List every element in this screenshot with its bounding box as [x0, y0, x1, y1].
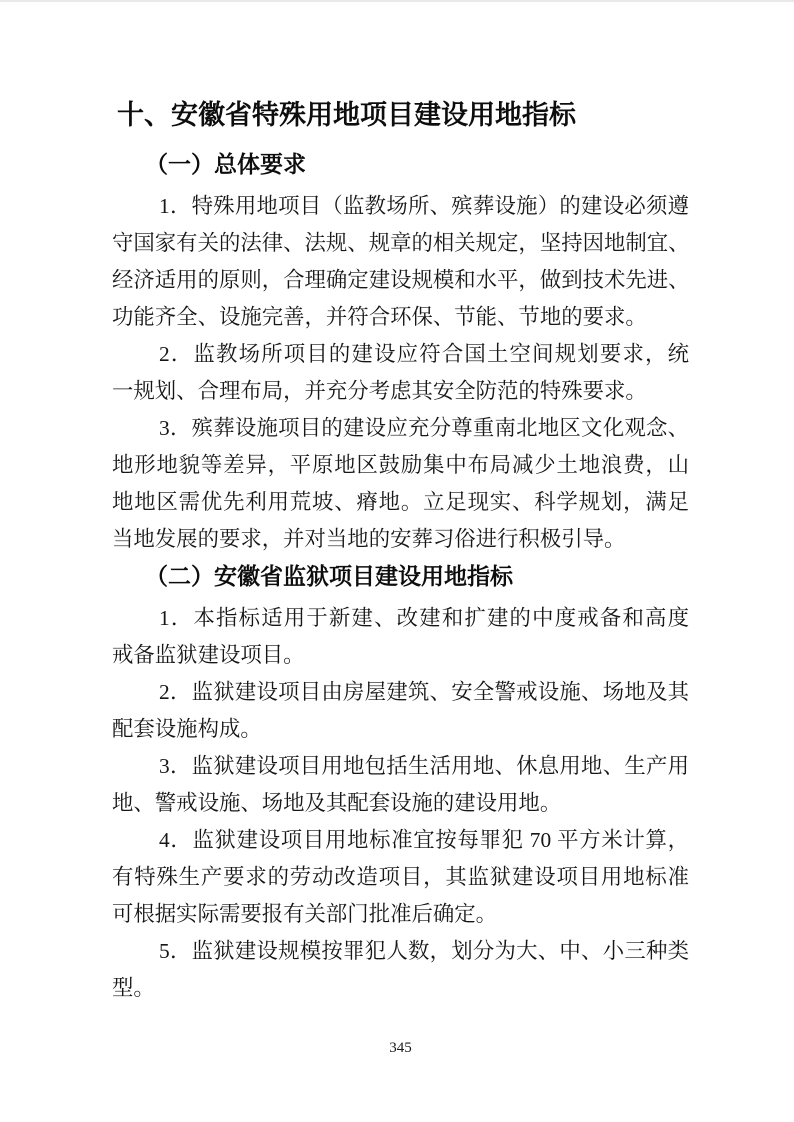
document-sections: （一）总体要求1．特殊用地项目（监教场所、殡葬设施）的建设必须遵守国家有关的法律… — [112, 146, 689, 1007]
paragraph: 4．监狱建设项目用地标准宜按每罪犯 70 平方米计算，有特殊生产要求的劳动改造项… — [112, 822, 689, 933]
text-line: 当地发展的要求，并对当地的安葬习俗进行积极引导。 — [112, 521, 689, 558]
text-line: 经济适用的原则，合理确定建设规模和水平，做到技术先进、 — [112, 262, 689, 299]
text-line: 地、警戒设施、场地及其配套设施的建设用地。 — [112, 785, 689, 822]
text-line: 3．监狱建设项目用地包括生活用地、休息用地、生产用 — [112, 748, 689, 785]
text-line: 地形地貌等差异，平原地区鼓励集中布局减少土地浪费，山 — [112, 447, 689, 484]
text-line: 可根据实际需要报有关部门批准后确定。 — [112, 896, 689, 933]
text-line: 1．本指标适用于新建、改建和扩建的中度戒备和高度 — [112, 600, 689, 637]
page-number: 345 — [112, 1040, 689, 1056]
section-heading: （一）总体要求 — [112, 146, 689, 183]
text-line: 5．监狱建设规模按罪犯人数，划分为大、中、小三种类 — [112, 933, 689, 970]
text-line: 配套设施构成。 — [112, 711, 689, 748]
text-line: 型。 — [112, 970, 689, 1007]
text-line: 戒备监狱建设项目。 — [112, 637, 689, 674]
document-title: 十、安徽省特殊用地项目建设用地指标 — [112, 97, 689, 133]
paragraph: 1．本指标适用于新建、改建和扩建的中度戒备和高度戒备监狱建设项目。 — [112, 600, 689, 674]
document-page: 十、安徽省特殊用地项目建设用地指标 （一）总体要求1．特殊用地项目（监教场所、殡… — [0, 0, 794, 1122]
text-line: 有特殊生产要求的劳动改造项目，其监狱建设项目用地标准 — [112, 859, 689, 896]
text-line: 4．监狱建设项目用地标准宜按每罪犯 70 平方米计算， — [112, 822, 689, 859]
paragraph: 3．殡葬设施项目的建设应充分尊重南北地区文化观念、地形地貌等差异，平原地区鼓励集… — [112, 410, 689, 558]
paragraph: 1．特殊用地项目（监教场所、殡葬设施）的建设必须遵守国家有关的法律、法规、规章的… — [112, 188, 689, 336]
text-line: 1．特殊用地项目（监教场所、殡葬设施）的建设必须遵 — [112, 188, 689, 225]
text-line: 3．殡葬设施项目的建设应充分尊重南北地区文化观念、 — [112, 410, 689, 447]
text-line: 2．监狱建设项目由房屋建筑、安全警戒设施、场地及其 — [112, 674, 689, 711]
paragraph: 5．监狱建设规模按罪犯人数，划分为大、中、小三种类型。 — [112, 933, 689, 1007]
paragraph: 2．监狱建设项目由房屋建筑、安全警戒设施、场地及其配套设施构成。 — [112, 674, 689, 748]
text-line: 一规划、合理布局，并充分考虑其安全防范的特殊要求。 — [112, 373, 689, 410]
text-line: 地地区需优先利用荒坡、瘠地。立足现实、科学规划，满足 — [112, 484, 689, 521]
text-line: 功能齐全、设施完善，并符合环保、节能、节地的要求。 — [112, 299, 689, 336]
text-line: 2．监教场所项目的建设应符合国土空间规划要求，统 — [112, 336, 689, 373]
paragraph: 3．监狱建设项目用地包括生活用地、休息用地、生产用地、警戒设施、场地及其配套设施… — [112, 748, 689, 822]
paragraph: 2．监教场所项目的建设应符合国土空间规划要求，统一规划、合理布局，并充分考虑其安… — [112, 336, 689, 410]
section-heading: （二）安徽省监狱项目建设用地指标 — [112, 558, 689, 595]
page-content: 十、安徽省特殊用地项目建设用地指标 （一）总体要求1．特殊用地项目（监教场所、殡… — [0, 2, 794, 1056]
text-line: 守国家有关的法律、法规、规章的相关规定，坚持因地制宜、 — [112, 225, 689, 262]
